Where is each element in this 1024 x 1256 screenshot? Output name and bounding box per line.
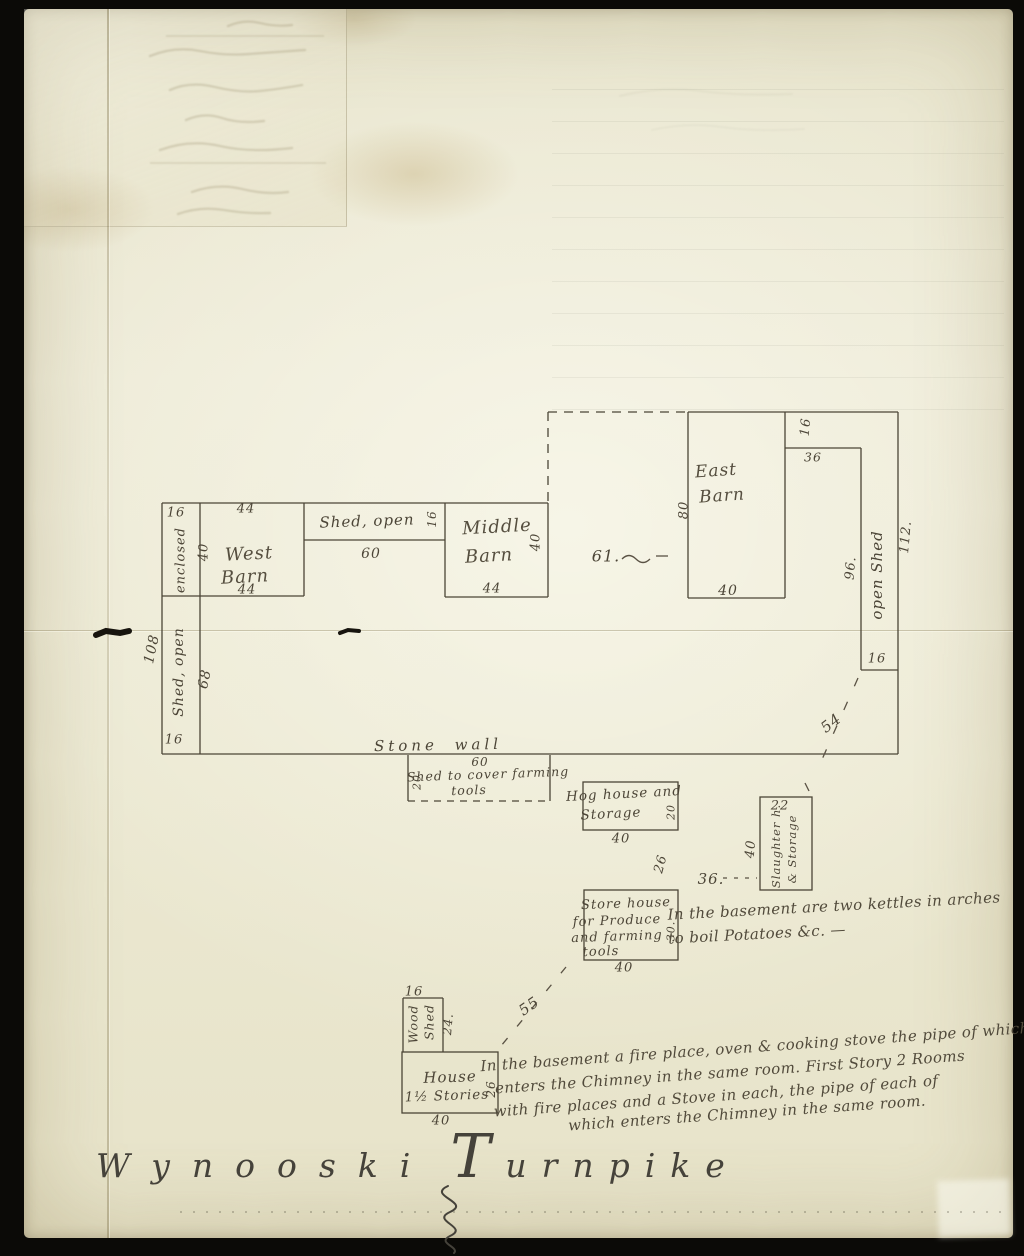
scanned-farm-plan: 16 enclosed 44 40 West Barn 44 Shed, ope… [0,0,1024,1256]
turnpike-t-flourish [0,0,1024,1256]
